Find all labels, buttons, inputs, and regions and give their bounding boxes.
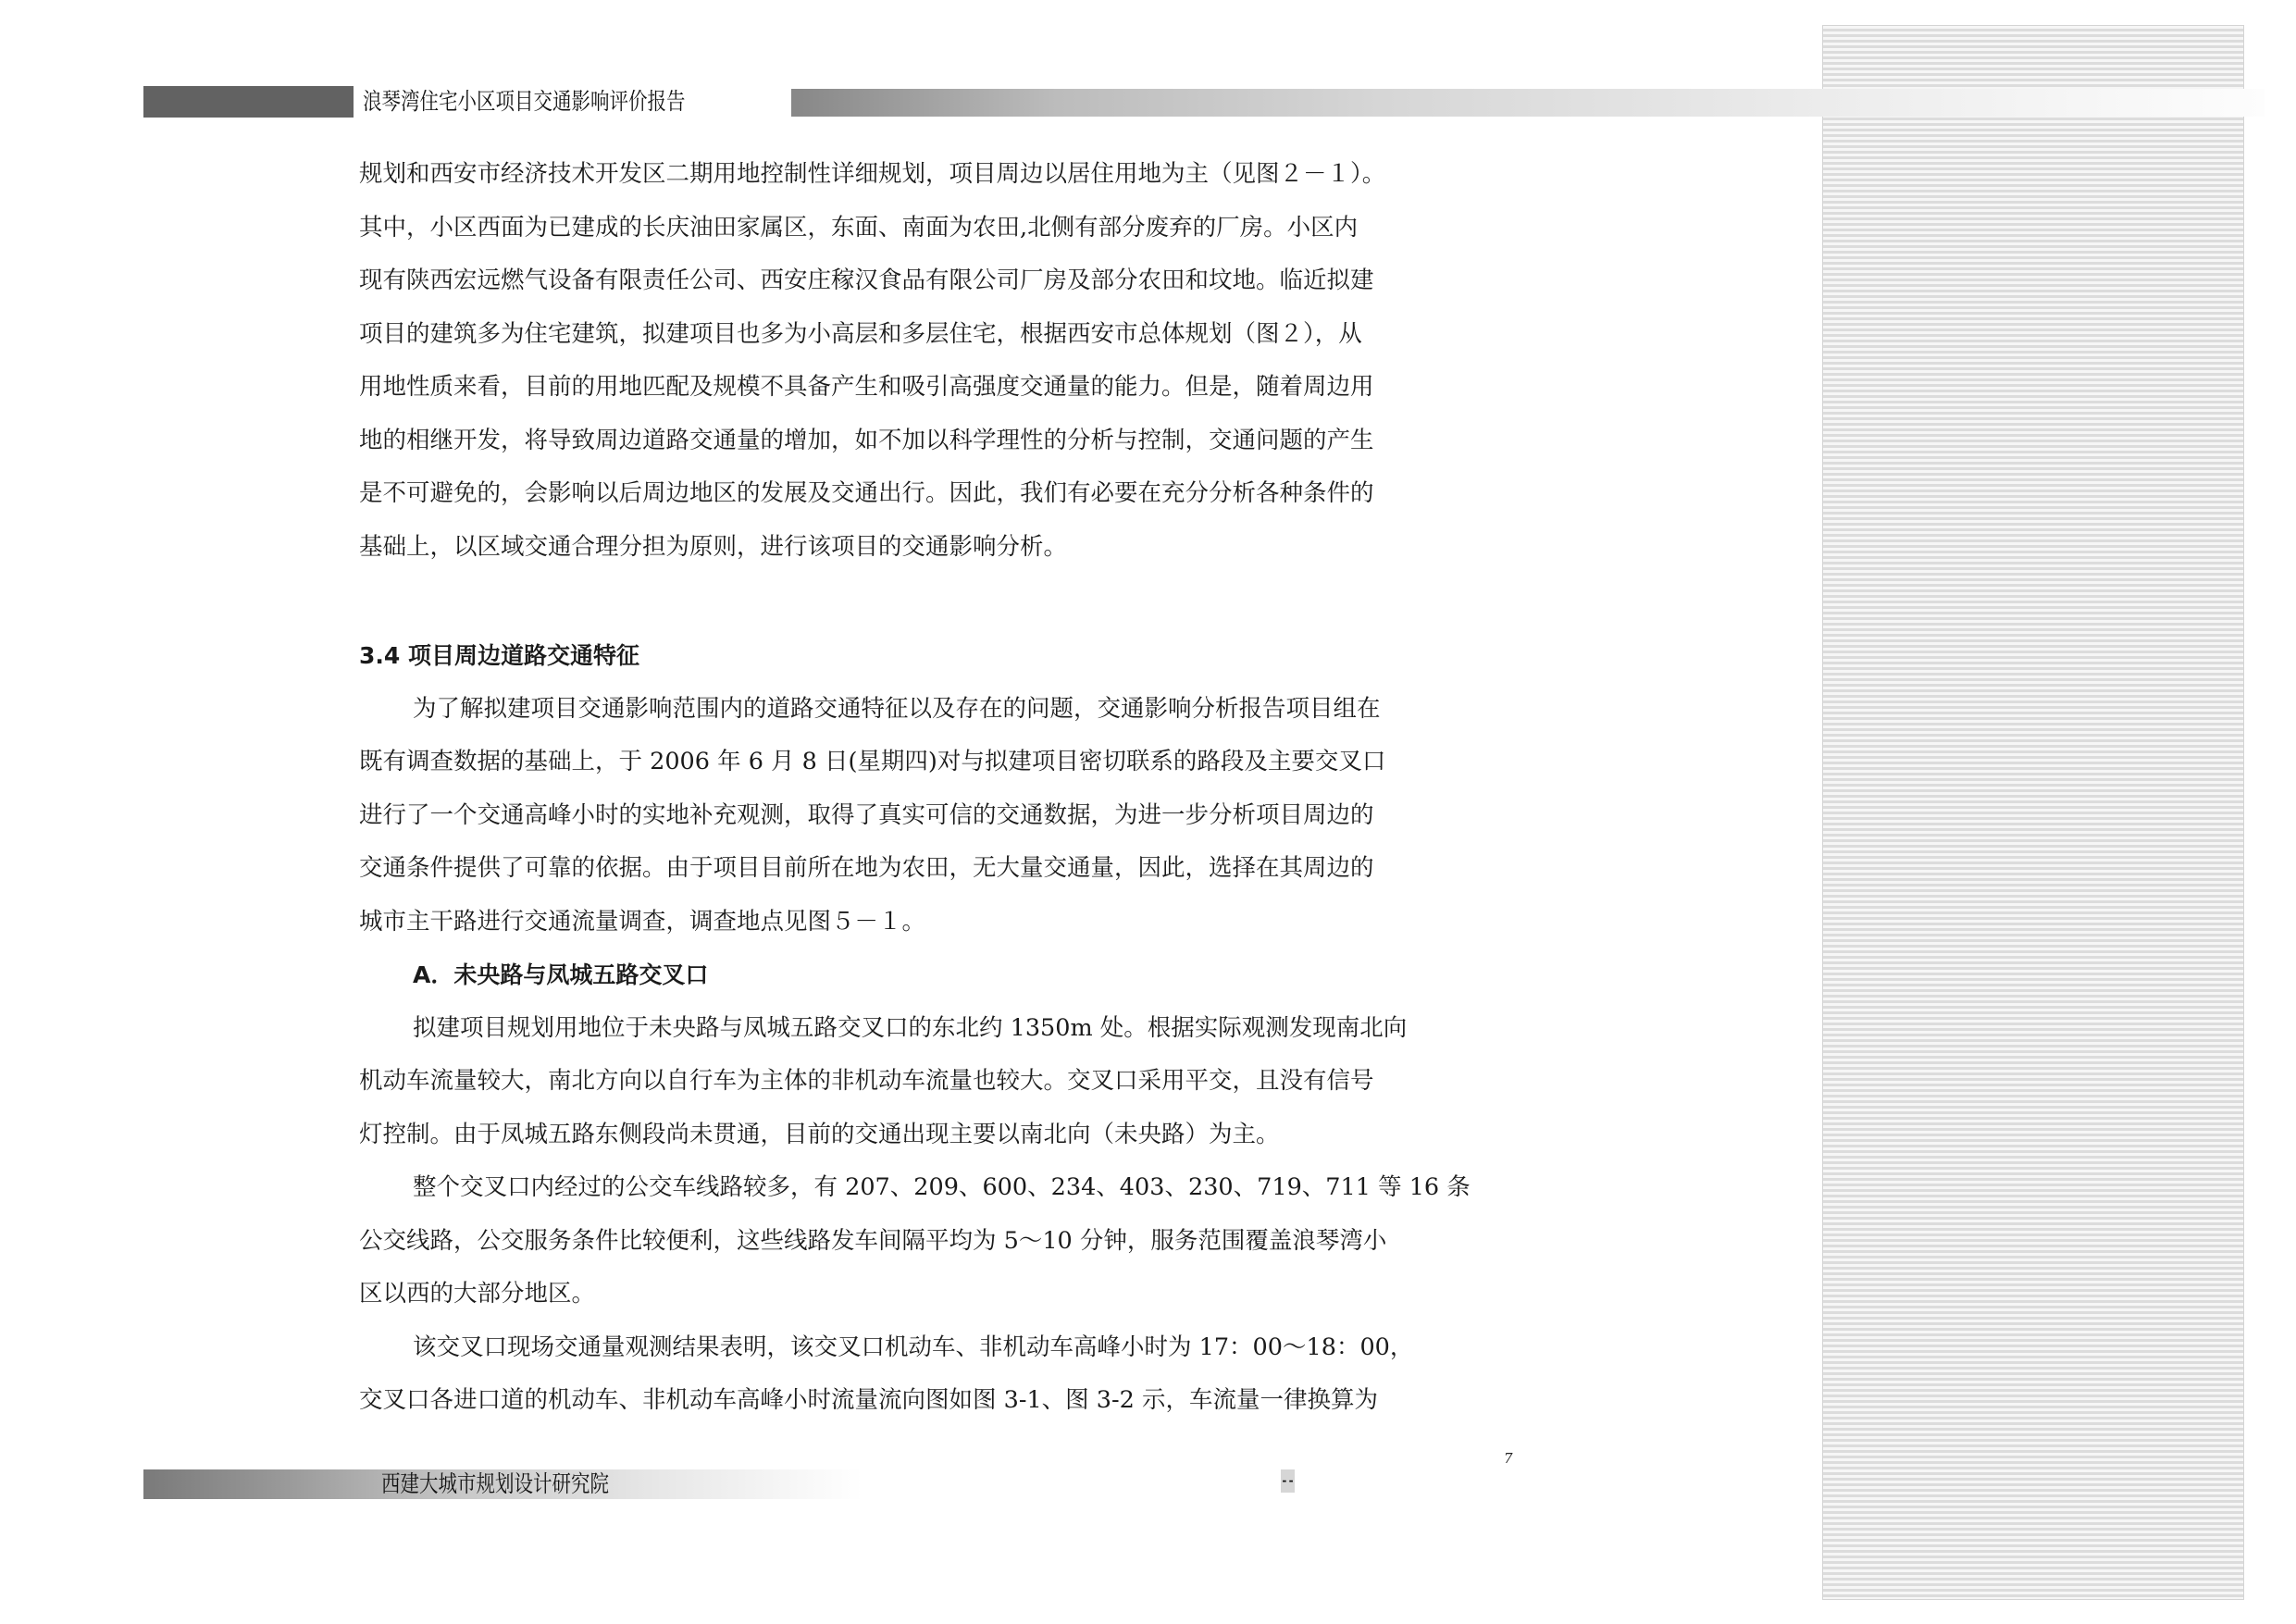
text-line: 拟建项目规划用地位于未央路与凤城五路交叉口的东北约 1350m 处。根据实际观测… (359, 1002, 1525, 1056)
document-body: 规划和西安市经济技术开发区二期用地控制性详细规划，项目周边以居住用地为主（见图２… (359, 148, 1525, 1428)
text-line: 用地性质来看，目前的用地匹配及规模不具备产生和吸引高强度交通量的能力。但是，随着… (359, 361, 1525, 415)
text-line: 交叉口各进口道的机动车、非机动车高峰小时流量流向图如图 3-1、图 3-2 示，… (359, 1374, 1525, 1428)
header-bar-left (143, 86, 354, 118)
text-line: 交通条件提供了可靠的依据。由于项目目前所在地为农田，无大量交通量，因此，选择在其… (359, 842, 1525, 896)
header-bar-right (791, 89, 2265, 117)
page-number: 7 (1504, 1450, 1513, 1467)
text-line: 其中，小区西面为已建成的长庆油田家属区，东面、南面为农田,北侧有部分废弃的厂房。… (359, 202, 1525, 255)
text-line: 进行了一个交通高峰小时的实地补充观测，取得了真实可信的交通数据，为进一步分析项目… (359, 789, 1525, 843)
footer-organization: 西建大城市规划设计研究院 (381, 1468, 609, 1501)
subsection-heading: A．未央路与凤城五路交叉口 (359, 948, 1525, 1002)
text-line: 机动车流量较大，南北方向以自行车为主体的非机动车流量也较大。交叉口采用平交，且没… (359, 1055, 1525, 1109)
footer-field-marker: -- (1281, 1469, 1295, 1493)
intro-paragraph: 规划和西安市经济技术开发区二期用地控制性详细规划，项目周边以居住用地为主（见图２… (359, 148, 1525, 574)
text-line: 城市主干路进行交通流量调查，调查地点见图５－１。 (359, 896, 1525, 949)
text-line: 是不可避免的，会影响以后周边地区的发展及交通出行。因此，我们有必要在充分分析各种… (359, 467, 1525, 521)
section-paragraph: 为了解拟建项目交通影响范围内的道路交通特征以及存在的问题，交通影响分析报告项目组… (359, 683, 1525, 949)
text-line: 灯控制。由于凤城五路东侧段尚未贯通，目前的交通出现主要以南北向（未央路）为主。 (359, 1109, 1525, 1162)
report-title: 浪琴湾住宅小区项目交通影响评价报告 (363, 85, 686, 118)
decorative-striped-margin (1822, 25, 2244, 1600)
text-line: 项目的建筑多为住宅建筑，拟建项目也多为小高层和多层住宅，根据西安市总体规划（图２… (359, 308, 1525, 362)
text-line: 现有陕西宏远燃气设备有限责任公司、西安庄稼汉食品有限公司厂房及部分农田和坟地。临… (359, 254, 1525, 308)
text-line: 该交叉口现场交通量观测结果表明，该交叉口机动车、非机动车高峰小时为 17：00～… (359, 1321, 1525, 1375)
text-line: 为了解拟建项目交通影响范围内的道路交通特征以及存在的问题，交通影响分析报告项目组… (359, 683, 1525, 737)
subsection-paragraph-1: 拟建项目规划用地位于未央路与凤城五路交叉口的东北约 1350m 处。根据实际观测… (359, 1002, 1525, 1162)
text-line: 区以西的大部分地区。 (359, 1268, 1525, 1321)
text-line: 地的相继开发，将导致周边道路交通量的增加，如不加以科学理性的分析与控制，交通问题… (359, 415, 1525, 468)
spacer (359, 574, 1525, 629)
subsection-paragraph-3: 该交叉口现场交通量观测结果表明，该交叉口机动车、非机动车高峰小时为 17：00～… (359, 1321, 1525, 1428)
section-heading: 3.4 项目周边道路交通特征 (359, 629, 1525, 683)
text-line: 既有调查数据的基础上，于 2006 年 6 月 8 日(星期四)对与拟建项目密切… (359, 736, 1525, 789)
text-line: 整个交叉口内经过的公交车线路较多，有 207、209、600、234、403、2… (359, 1161, 1525, 1215)
text-line: 公交线路，公交服务条件比较便利，这些线路发车间隔平均为 5～10 分钟，服务范围… (359, 1215, 1525, 1269)
text-line: 规划和西安市经济技术开发区二期用地控制性详细规划，项目周边以居住用地为主（见图２… (359, 148, 1525, 202)
subsection-paragraph-2: 整个交叉口内经过的公交车线路较多，有 207、209、600、234、403、2… (359, 1161, 1525, 1321)
text-line: 基础上，以区域交通合理分担为原则，进行该项目的交通影响分析。 (359, 521, 1525, 575)
